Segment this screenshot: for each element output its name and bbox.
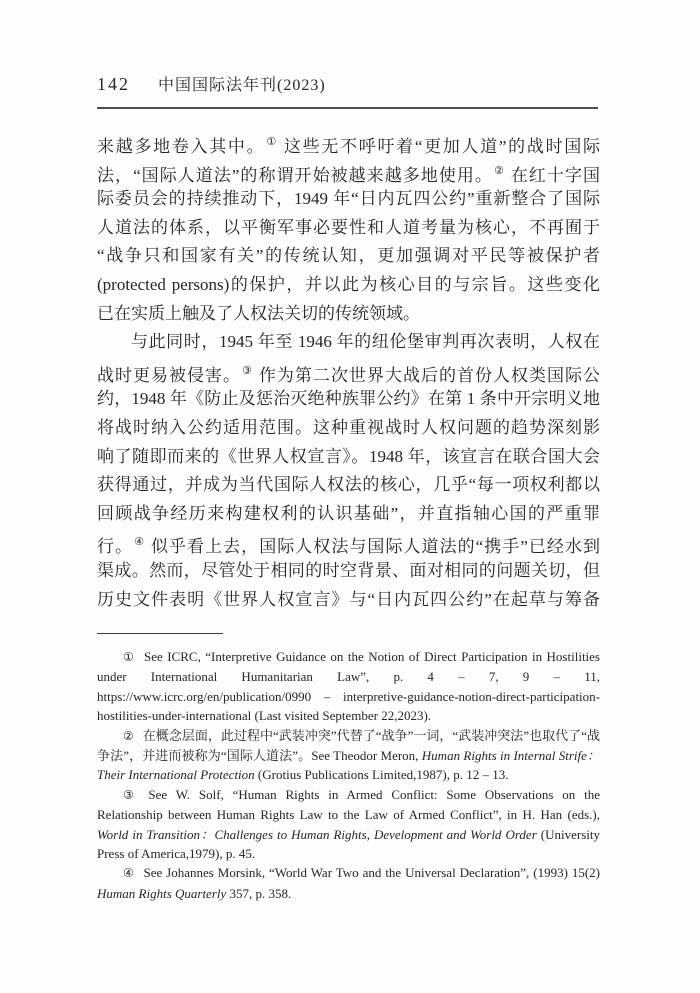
footnote-3: ③See W. Solf, “Human Rights in Armed Con… (97, 785, 600, 864)
header-rule (97, 107, 598, 109)
body-line-8: 与此同时，1945 年至 1946 年的纽伦堡审判再次表明，人权在 (97, 328, 600, 357)
body-text-segment: 行。 (97, 537, 133, 556)
journal-title: 中国国际法年刊(2023) (158, 72, 326, 95)
body-text-segment: 渠成。然而，尽管处于相同的时空背景、面对相同的问题关切，但 (97, 561, 600, 580)
footnote-4: ④See Johannes Morsink, “World War Two an… (97, 863, 600, 903)
body-line-3: 际委员会的持续推动下，1949 年“日内瓦四公约”重新整合了国际 (97, 185, 600, 214)
footnote-divider (97, 633, 223, 634)
body-text-segment: 历史文件表明《世界人权宣言》与“日内瓦四公约”在起草与筹备 (97, 590, 600, 609)
footnote-marker: ② (123, 729, 134, 743)
body-text-segment: 来越多地卷入其中。 (97, 137, 265, 156)
footnote-text-segment: See W. Solf, “Human Rights in Armed Conf… (97, 787, 600, 822)
body-text-segment: 与此同时，1945 年至 1946 年的纽伦堡审判再次表明，人权在 (131, 332, 600, 351)
body-text-segment: 响了随即而来的《世界人权宣言》。1948 年，该宣言在联合国大会 (97, 447, 600, 466)
footnote-text-segment: 357, p. 358. (226, 886, 291, 901)
body-text-segment: “战争只和国家有关”的传统认知，更加强调对平民等被保护者 (97, 246, 600, 265)
footnote-marker: ① (123, 650, 135, 664)
body-line-4: 人道法的体系，以平衡军事必要性和人道考量为核心，不再囿于 (97, 214, 600, 243)
footnote-book-title: Human Rights Quarterly (97, 886, 226, 901)
body-line-5: “战争只和国家有关”的传统认知，更加强调对平民等被保护者 (97, 242, 600, 271)
footnote-ref-marker: ① (266, 135, 278, 148)
body-line-17: 历史文件表明《世界人权宣言》与“日内瓦四公约”在起草与筹备 (97, 586, 600, 615)
body-text-segment: (protected persons)的保护，并以此为核心目的与宗旨。这些变化 (97, 275, 600, 294)
page-number: 142 (97, 74, 130, 95)
body-line-16: 渠成。然而，尽管处于相同的时空背景、面对相同的问题关切，但 (97, 557, 600, 586)
document-page: 142 中国国际法年刊(2023) 来越多地卷入其中。①这些无不呼吁着“更加人道… (0, 0, 700, 993)
footnote-marker: ③ (123, 788, 139, 802)
body-line-6: (protected persons)的保护，并以此为核心目的与宗旨。这些变化 (97, 271, 600, 300)
body-line-11: 将战时纳入公约适用范围。这种重视战时人权问题的趋势深刻影 (97, 414, 600, 443)
body-text-segment: 作为第二次世界大战后的首份人权类国际公 (259, 366, 600, 385)
body-text-segment: 将战时纳入公约适用范围。这种重视战时人权问题的趋势深刻影 (97, 418, 600, 437)
body-line-7: 已在实质上触及了人权法关切的传统领域。 (97, 300, 600, 329)
footnote-text-segment: See ICRC, “Interpretive Guidance on the … (97, 649, 600, 723)
body-text-segment: 际委员会的持续推动下，1949 年“日内瓦四公约”重新整合了国际 (97, 189, 600, 208)
body-line-14: 回顾战争经历来构建权利的认识基础”，并直指轴心国的严重罪 (97, 500, 600, 529)
body-line-10: 约，1948 年《防止及惩治灭绝种族罪公约》在第 1 条中开宗明义地 (97, 385, 600, 414)
body-text-segment: 战时更易被侵害。 (97, 366, 241, 385)
footnote-1: ①See ICRC, “Interpretive Guidance on the… (97, 647, 600, 726)
footnote-ref-marker: ③ (242, 364, 253, 377)
page-header: 142 中国国际法年刊(2023) (97, 72, 600, 95)
body-text-segment: 约，1948 年《防止及惩治灭绝种族罪公约》在第 1 条中开宗明义地 (97, 389, 600, 408)
footnote-marker: ④ (123, 866, 134, 880)
footnote-book-title: World in Transition：Challenges to Human … (97, 827, 537, 842)
footnote-ref-marker: ④ (134, 535, 145, 548)
body-text-segment: 这些无不呼吁着“更加人道”的战时国际 (284, 137, 600, 156)
body-line-15: 行。④似乎看上去，国际人权法与国际人道法的“携手”已经水到 (97, 528, 600, 557)
body-text-segment: 已在实质上触及了人权法关切的传统领域。 (97, 304, 420, 323)
body-line-1: 来越多地卷入其中。①这些无不呼吁着“更加人道”的战时国际 (97, 128, 600, 157)
body-line-13: 获得通过，并成为当代国际人权法的核心，几乎“每一项权利都以 (97, 471, 600, 500)
body-line-9: 战时更易被侵害。③作为第二次世界大战后的首份人权类国际公 (97, 357, 600, 386)
body-text-segment: 法，“国际人道法”的称谓开始被越来越多地使用。 (97, 166, 493, 185)
footnote-ref-marker: ② (494, 164, 505, 177)
body-text-segment: 回顾战争经历来构建权利的认识基础”，并直指轴心国的严重罪 (97, 504, 600, 523)
body-line-12: 响了随即而来的《世界人权宣言》。1948 年，该宣言在联合国大会 (97, 443, 600, 472)
body-text-segment: 在红十字国 (511, 166, 600, 185)
footnote-2: ②在概念层面，此过程中“武装冲突”代替了“战争”一词，“武装冲突法”也取代了“战… (97, 726, 600, 785)
body-line-2: 法，“国际人道法”的称谓开始被越来越多地使用。②在红十字国 (97, 157, 600, 186)
body-text-segment: 人道法的体系，以平衡军事必要性和人道考量为核心，不再囿于 (97, 218, 600, 237)
body-text-segment: 获得通过，并成为当代国际人权法的核心，几乎“每一项权利都以 (97, 475, 600, 494)
footnote-text-segment: (Grotius Publications Limited,1987), p. … (255, 767, 509, 782)
footnotes: ①See ICRC, “Interpretive Guidance on the… (97, 647, 600, 903)
body-text-segment: 似乎看上去，国际人权法与国际人道法的“携手”已经水到 (151, 537, 600, 556)
footnote-text-segment: See Johannes Morsink, “World War Two and… (143, 865, 600, 880)
body-text: 来越多地卷入其中。①这些无不呼吁着“更加人道”的战时国际法，“国际人道法”的称谓… (97, 128, 600, 614)
